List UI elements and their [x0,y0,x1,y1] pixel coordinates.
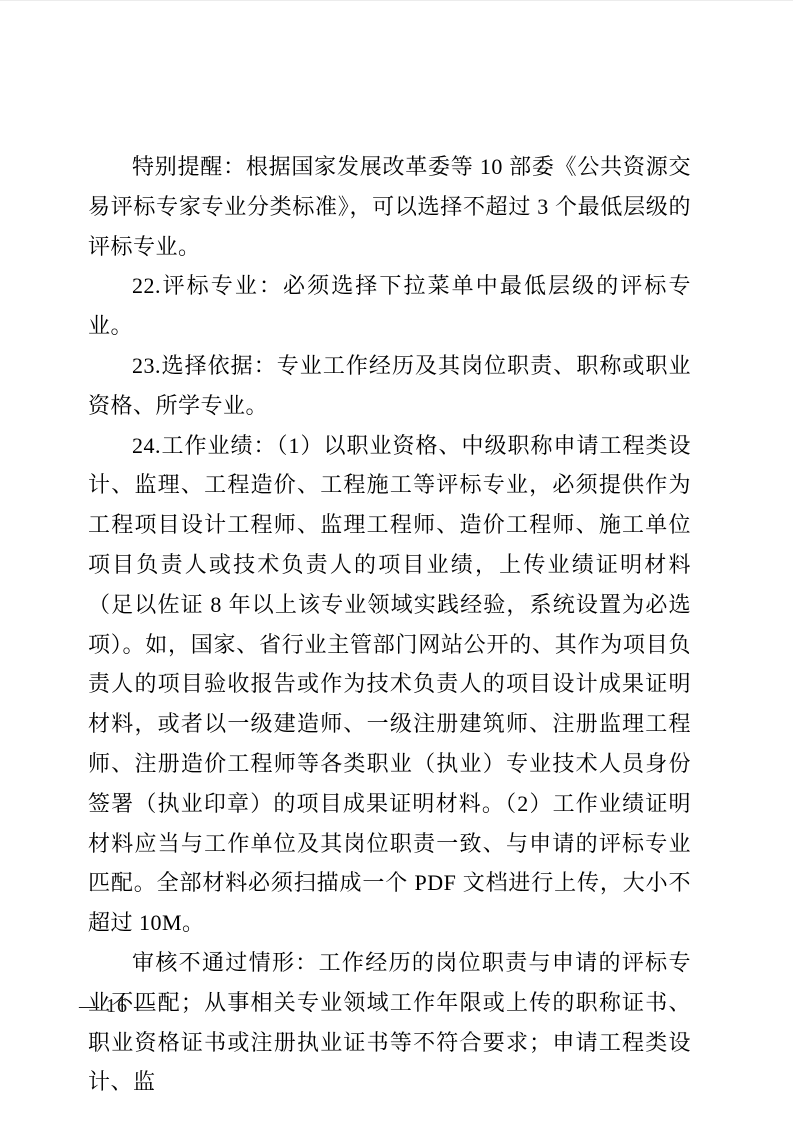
document-page: 特别提醒：根据国家发展改革委等 10 部委《公共资源交易评标专家专业分类标准》，… [0,0,793,1122]
paragraph-item-22: 22.评标专业：必须选择下拉菜单中最低层级的评标专业。 [88,266,691,346]
paragraph-review-rejection: 审核不通过情形：工作经历的岗位职责与申请的评标专业不匹配；从事相关专业领域工作年… [88,943,691,1102]
paragraph-item-23: 23.选择依据：专业工作经历及其岗位职责、职称或职业资格、所学专业。 [88,346,691,426]
page-number: — 16 — [79,995,155,1018]
paragraph-item-24: 24.工作业绩：（1）以职业资格、中级职称申请工程类设计、监理、工程造价、工程施… [88,426,691,943]
document-body: 特别提醒：根据国家发展改革委等 10 部委《公共资源交易评标专家专业分类标准》，… [88,147,691,1102]
paragraph-special-note: 特别提醒：根据国家发展改革委等 10 部委《公共资源交易评标专家专业分类标准》，… [88,147,691,266]
